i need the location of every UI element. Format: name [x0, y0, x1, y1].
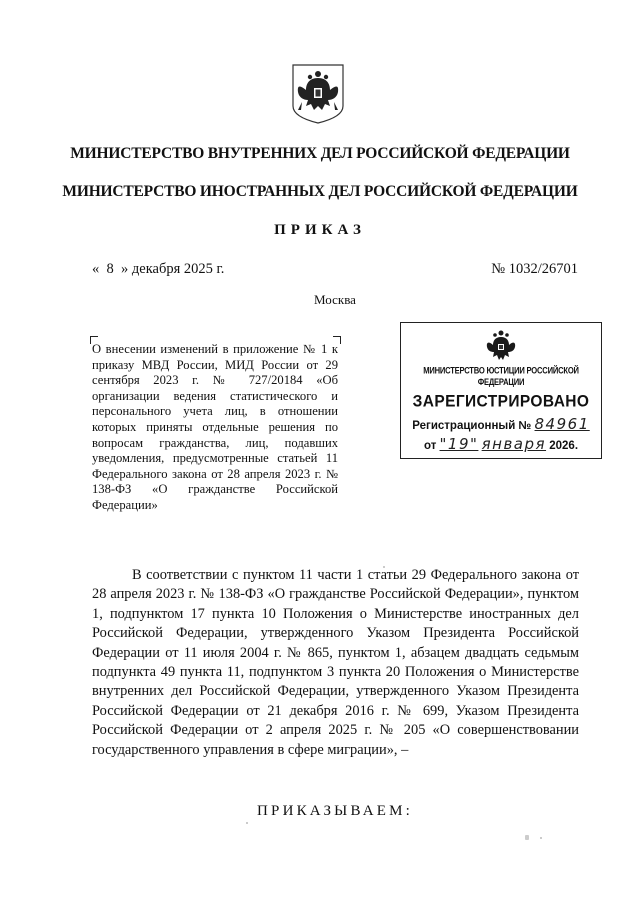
ministry-title-internal-affairs: МИНИСТЕРСТВО ВНУТРЕННИХ ДЕЛ РОССИЙСКОЙ Ф… — [0, 145, 640, 163]
scan-speck — [383, 566, 385, 568]
document-preamble: В соответствии с пунктом 11 части 1 стат… — [92, 566, 579, 760]
scan-speck — [525, 835, 529, 840]
scan-speck — [246, 822, 248, 824]
stamp-date-day: "19" — [440, 435, 479, 453]
russian-coat-of-arms-icon — [289, 62, 347, 124]
stamp-date-line: от "19" января 2026. — [401, 435, 601, 453]
document-number: № 1032/26701 — [491, 261, 578, 278]
scan-speck — [540, 837, 542, 839]
stamp-date-year: 2026. — [549, 440, 578, 452]
stamp-ministry-name: МИНИСТЕРСТВО ЮСТИЦИИ РОССИЙСКОЙ ФЕДЕРАЦИ… — [401, 365, 601, 388]
document-city: Москва — [0, 292, 640, 308]
order-heading: ПРИКАЗЫВАЕМ: — [257, 803, 413, 820]
stamp-status: ЗАРЕГИСТРИРОВАНО — [401, 392, 601, 412]
stamp-reg-label: Регистрационный № — [412, 420, 531, 432]
document-subject: О внесении изменений в приложение № 1 к … — [92, 342, 338, 514]
stamp-date-prefix: от — [424, 440, 436, 452]
stamp-reg-number: 84961 — [535, 415, 590, 433]
stamp-date-month: января — [482, 435, 546, 453]
russian-coat-of-arms-icon — [484, 329, 518, 363]
registration-stamp: МИНИСТЕРСТВО ЮСТИЦИИ РОССИЙСКОЙ ФЕДЕРАЦИ… — [400, 322, 602, 459]
stamp-registration-line: Регистрационный № 84961 — [401, 415, 601, 433]
document-date: « 8 » декабря 2025 г. — [92, 261, 224, 278]
document-type-title: ПРИКАЗ — [0, 222, 640, 239]
ministry-title-foreign-affairs: МИНИСТЕРСТВО ИНОСТРАННЫХ ДЕЛ РОССИЙСКОЙ … — [0, 183, 640, 201]
